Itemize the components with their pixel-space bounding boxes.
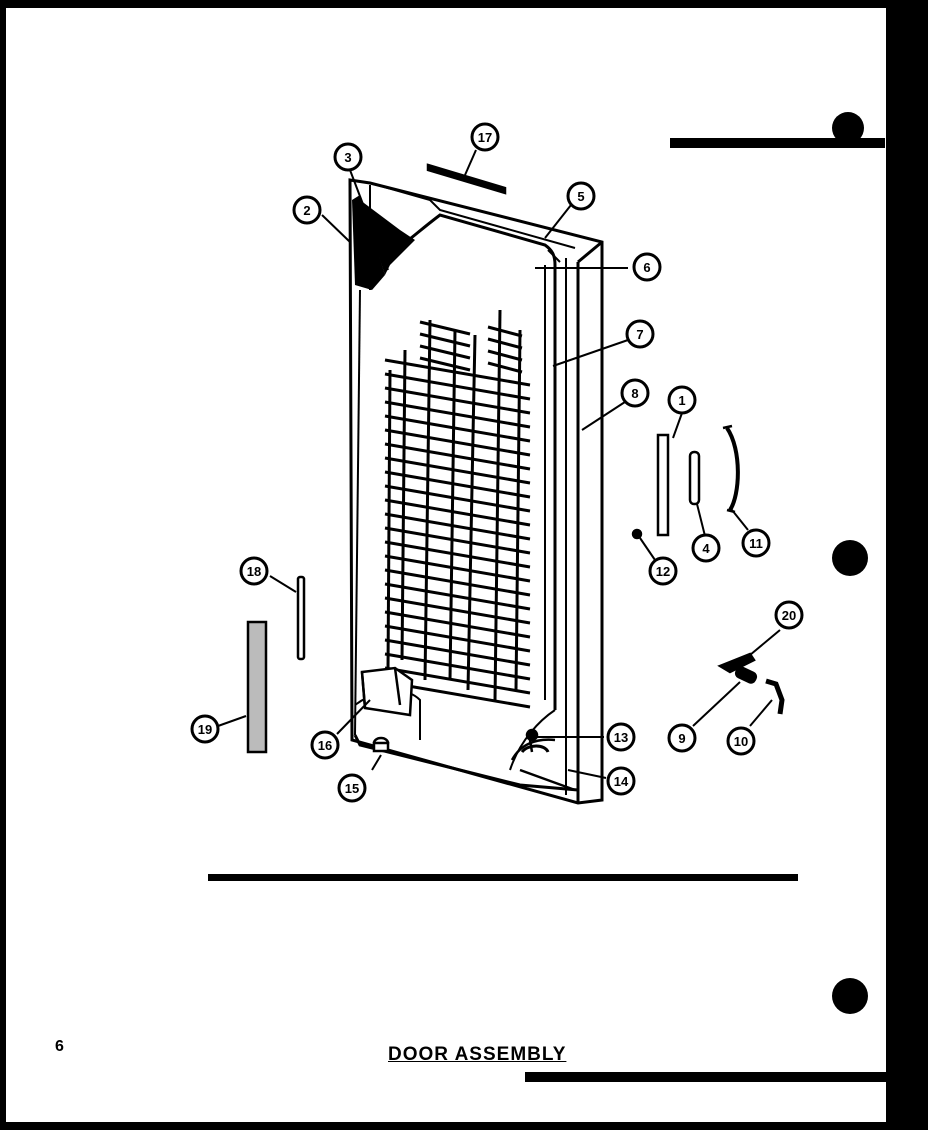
callout-3: 3: [335, 144, 361, 170]
svg-text:3: 3: [344, 150, 351, 165]
svg-text:8: 8: [631, 386, 638, 401]
exploded-view-diagram: 1234567891011121314151617181920: [0, 0, 928, 1130]
callout-12: 12: [650, 558, 676, 584]
svg-text:14: 14: [614, 774, 629, 789]
callout-17: 17: [472, 124, 498, 150]
callout-8: 8: [622, 380, 648, 406]
svg-text:5: 5: [577, 189, 584, 204]
diagram-caption: DOOR ASSEMBLY: [388, 1044, 566, 1066]
svg-text:2: 2: [303, 203, 310, 218]
callout-19: 19: [192, 716, 218, 742]
callout-20: 20: [776, 602, 802, 628]
callout-10: 10: [728, 728, 754, 754]
callout-6: 6: [634, 254, 660, 280]
svg-text:1: 1: [678, 393, 685, 408]
callout-2: 2: [294, 197, 320, 223]
svg-text:15: 15: [345, 781, 359, 796]
callout-5: 5: [568, 183, 594, 209]
callout-11: 11: [743, 530, 769, 556]
page-number: 6: [55, 1038, 64, 1056]
callout-18: 18: [241, 558, 267, 584]
svg-text:11: 11: [749, 536, 763, 551]
svg-text:13: 13: [614, 730, 628, 745]
svg-text:9: 9: [678, 731, 685, 746]
svg-text:17: 17: [478, 130, 492, 145]
callout-16: 16: [312, 732, 338, 758]
svg-text:4: 4: [702, 541, 710, 556]
parts-diagram-page: 1234567891011121314151617181920 6 DOOR A…: [0, 0, 928, 1130]
callout-14: 14: [608, 768, 634, 794]
svg-text:16: 16: [318, 738, 332, 753]
callout-15: 15: [339, 775, 365, 801]
callout-4: 4: [693, 535, 719, 561]
svg-text:7: 7: [636, 327, 643, 342]
svg-text:6: 6: [643, 260, 650, 275]
svg-text:19: 19: [198, 722, 212, 737]
svg-text:18: 18: [247, 564, 261, 579]
callout-7: 7: [627, 321, 653, 347]
callout-1: 1: [669, 387, 695, 413]
callout-9: 9: [669, 725, 695, 751]
callout-13: 13: [608, 724, 634, 750]
svg-text:10: 10: [734, 734, 748, 749]
butter-compartment: [362, 668, 412, 715]
svg-text:12: 12: [656, 564, 670, 579]
svg-text:20: 20: [782, 608, 796, 623]
